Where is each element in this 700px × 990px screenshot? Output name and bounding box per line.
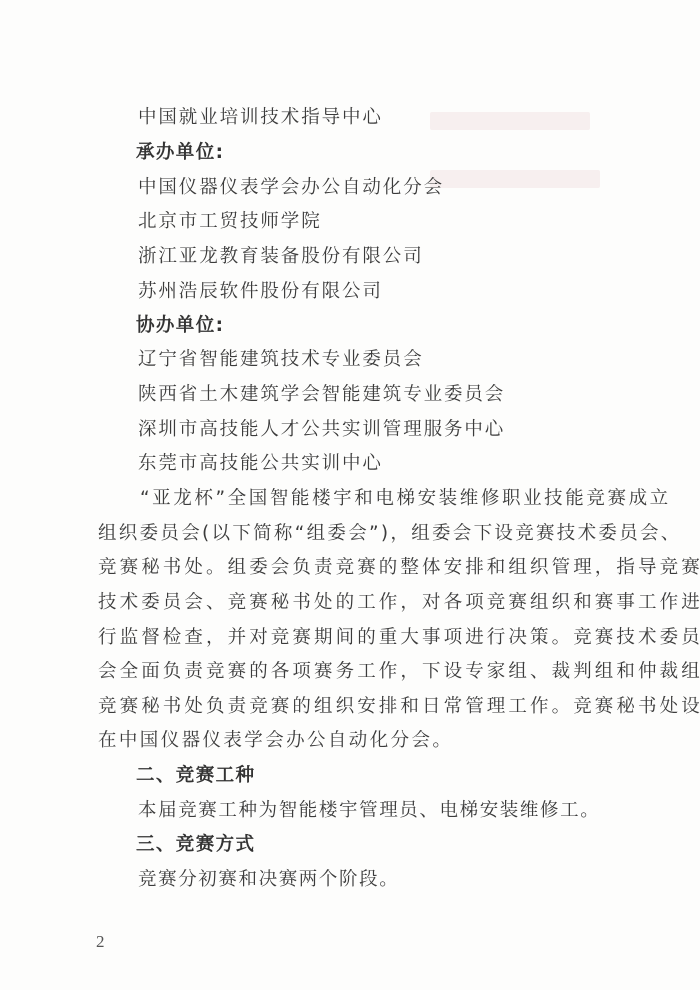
undertaking-item: 浙江亚龙教育装备股份有限公司 — [138, 245, 424, 269]
paragraph-line: 技术委员会、竞赛秘书处的工作，对各项竞赛组织和赛事工作进 — [98, 591, 700, 615]
bleed-through-mark — [430, 112, 590, 130]
section-heading: 三、竞赛方式 — [136, 833, 255, 857]
co-organizer-item: 辽宁省智能建筑技术专业委员会 — [138, 348, 424, 372]
page-number: 2 — [96, 932, 105, 952]
paragraph-line: 行监督检查，并对竞赛期间的重大事项进行决策。竞赛技术委员 — [98, 626, 700, 650]
paragraph-line: 组织委员会(以下简称“组委会”)，组委会下设竞赛技术委员会、 — [98, 522, 682, 546]
bleed-through-mark — [430, 170, 600, 188]
paragraph-line: 在中国仪器仪表学会办公自动化分会。 — [98, 729, 453, 753]
undertaking-item: 苏州浩辰软件股份有限公司 — [138, 280, 383, 304]
paragraph-line: 会全面负责竞赛的各项赛务工作，下设专家组、裁判组和仲裁组。 — [98, 660, 700, 684]
section-body: 竞赛分初赛和决赛两个阶段。 — [138, 868, 399, 892]
undertaking-heading: 承办单位: — [136, 141, 224, 165]
section-heading: 二、竞赛工种 — [136, 764, 255, 788]
undertaking-item: 北京市工贸技师学院 — [138, 210, 322, 234]
document-page: 中国就业培训技术指导中心 承办单位: 中国仪器仪表学会办公自动化分会 北京市工贸… — [0, 0, 700, 990]
co-organizers-heading: 协办单位: — [136, 314, 224, 338]
co-organizer-item: 东莞市高技能公共实训中心 — [138, 452, 383, 476]
undertaking-item: 中国仪器仪表学会办公自动化分会 — [138, 176, 444, 200]
section-body: 本届竞赛工种为智能楼宇管理员、电梯安装维修工。 — [138, 799, 600, 823]
paragraph-line: 竞赛秘书处。组委会负责竞赛的整体安排和组织管理，指导竞赛 — [98, 556, 700, 580]
paragraph-line: “亚龙杯”全国智能楼宇和电梯安装维修职业技能竞赛成立 — [140, 487, 671, 511]
co-organizer-item: 陕西省土木建筑学会智能建筑专业委员会 — [138, 383, 505, 407]
paragraph-line: 竞赛秘书处负责竞赛的组织安排和日常管理工作。竞赛秘书处设 — [98, 695, 700, 719]
organizer-line: 中国就业培训技术指导中心 — [138, 106, 383, 130]
co-organizer-item: 深圳市高技能人才公共实训管理服务中心 — [138, 418, 505, 442]
